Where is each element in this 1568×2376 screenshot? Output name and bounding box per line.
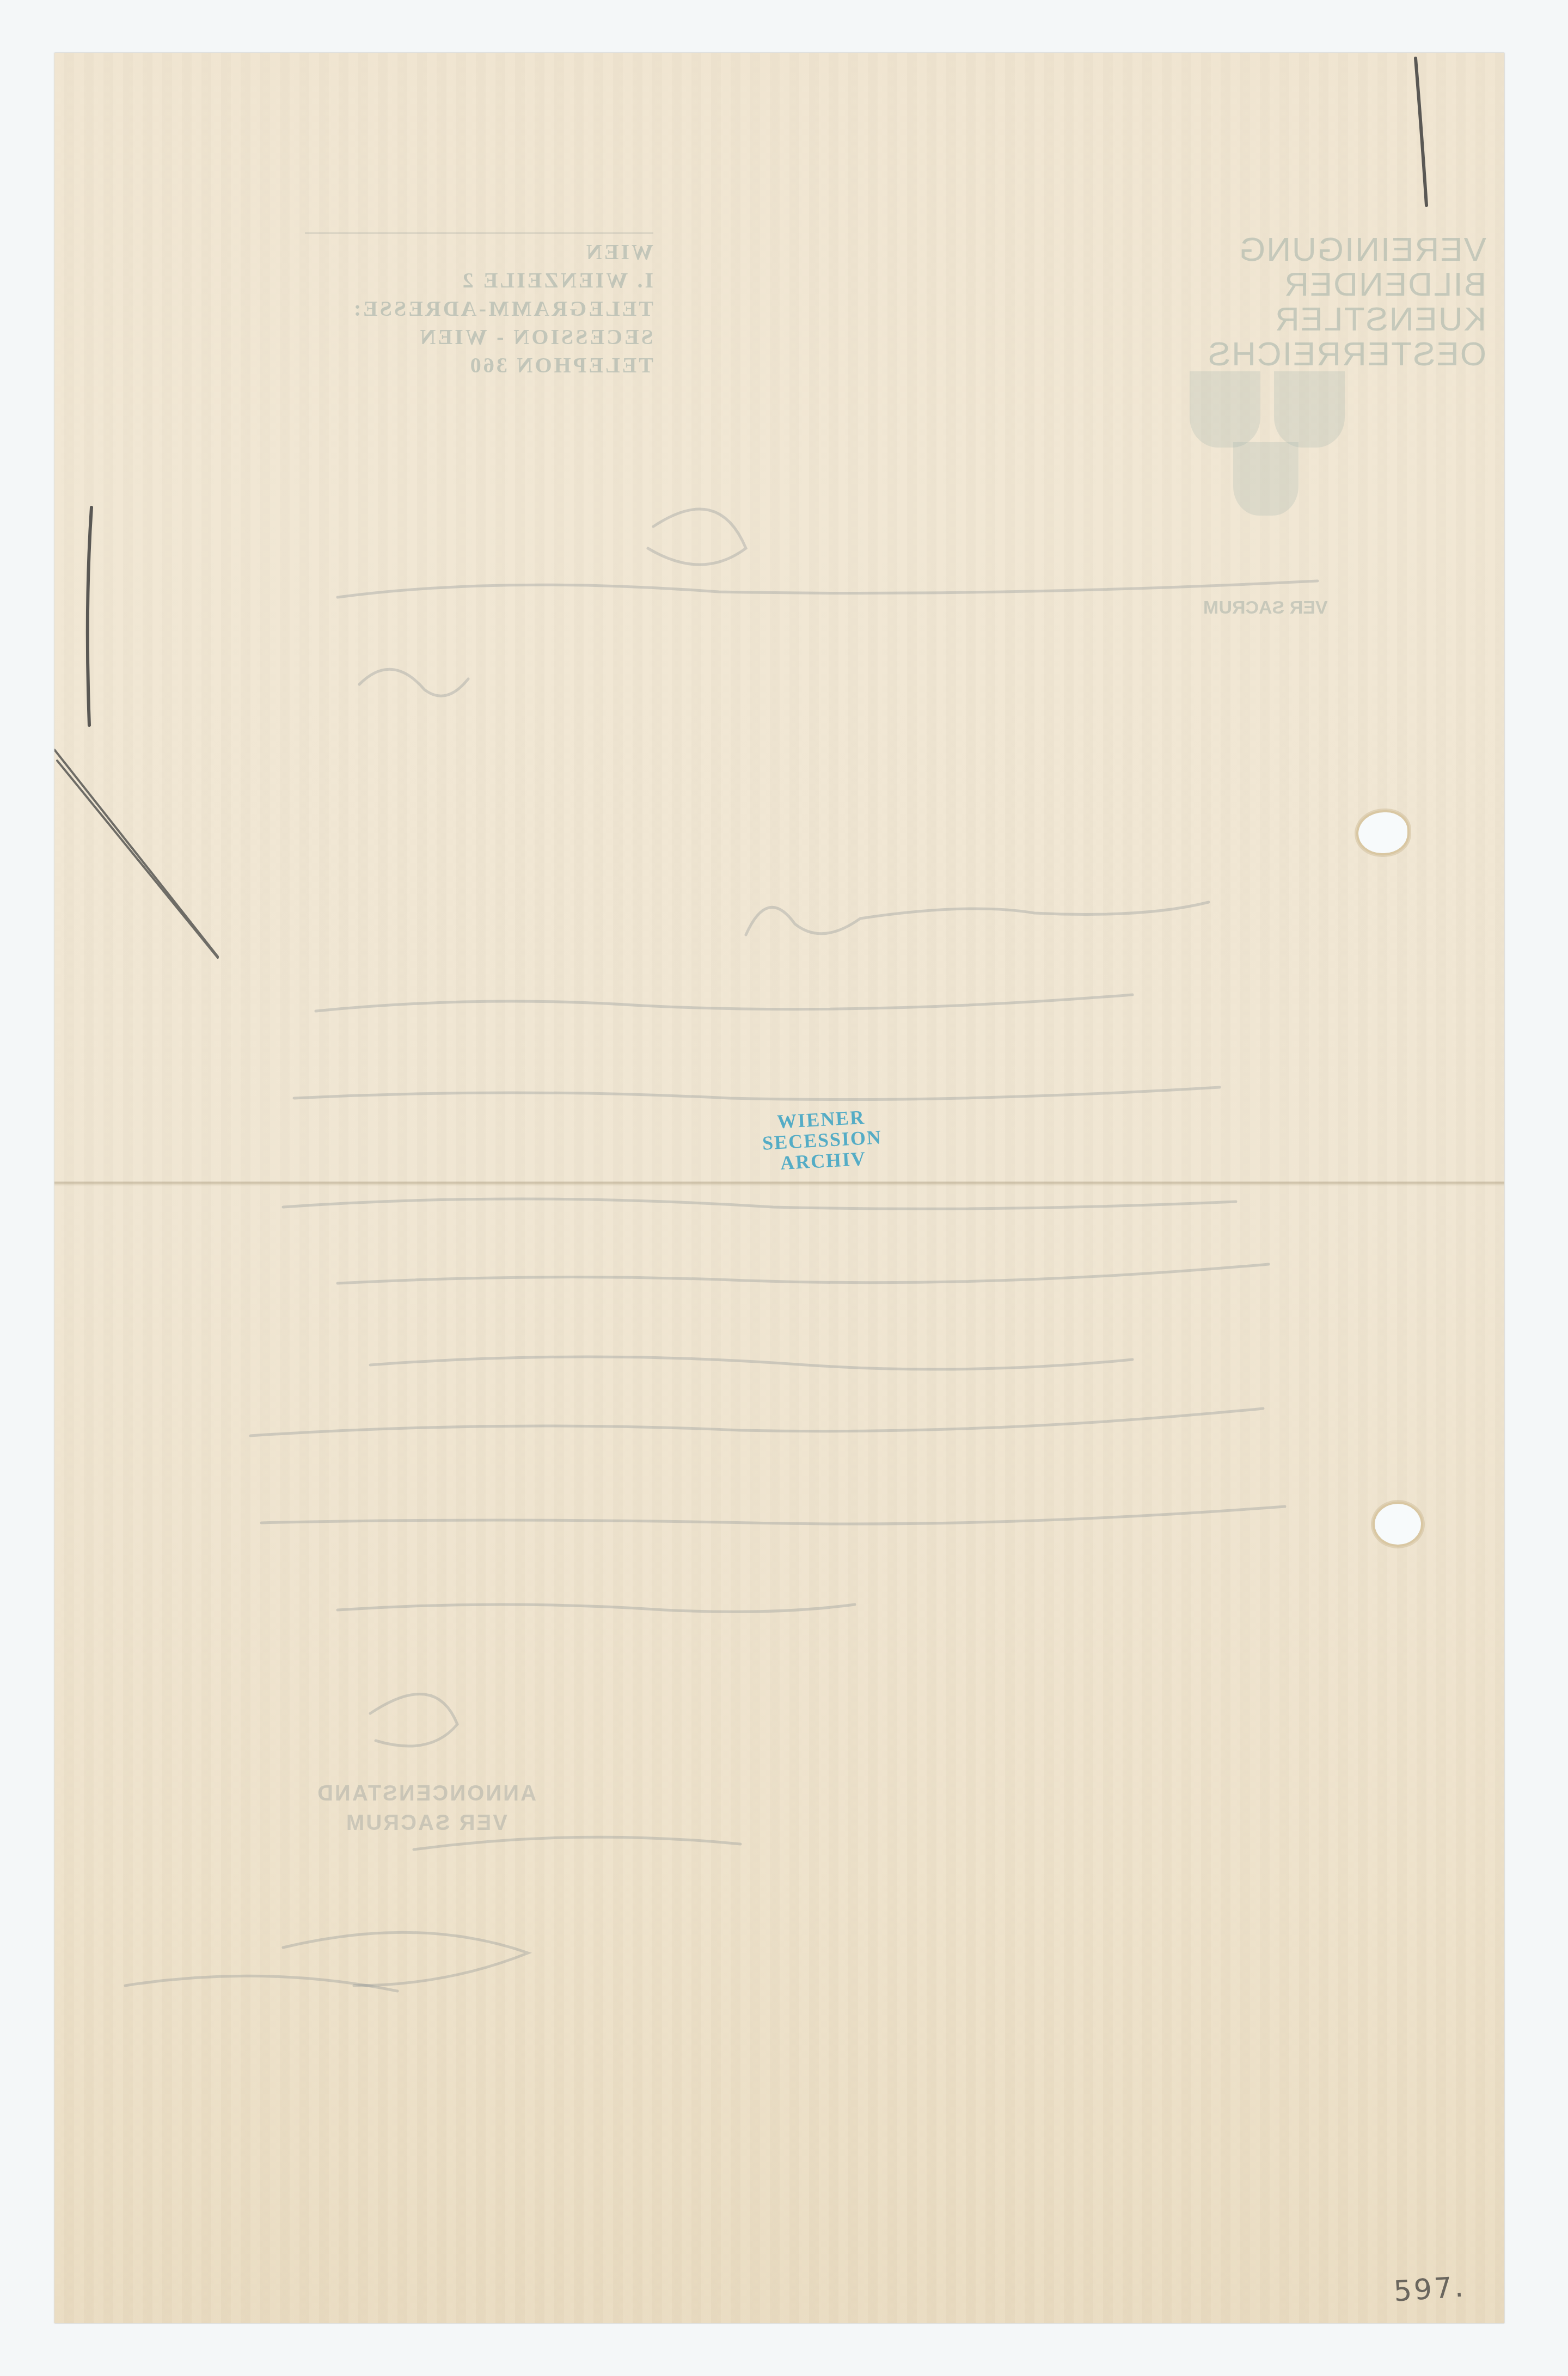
- shield-icon: [1233, 442, 1298, 516]
- address-line: TELEPHON 360: [283, 351, 653, 379]
- archive-stamp: WIENER SECESSION ARCHIV: [758, 1106, 886, 1174]
- pencil-margin-line: [1416, 58, 1426, 205]
- mirrored-signature-stamp: ANNONCENSTAND VER SACRUM: [316, 1779, 536, 1838]
- punch-hole: [1375, 1504, 1421, 1545]
- punch-hole: [1358, 812, 1407, 853]
- address-line: WIEN: [283, 238, 653, 266]
- date-rule: [305, 232, 653, 234]
- shield-icon: [1274, 371, 1345, 448]
- org-line: BILDENDER: [1143, 267, 1486, 302]
- address-line: I. WIENZEILE 2: [283, 266, 653, 295]
- mirrored-letterhead-address: WIEN I. WIENZEILE 2 TELEGRAMM-ADRESSE: S…: [283, 232, 653, 379]
- org-line: KUENSTLER: [1143, 302, 1486, 337]
- folio-number: 597.: [1393, 2270, 1467, 2308]
- address-line: TELEGRAMM-ADRESSE:: [283, 295, 653, 323]
- stamp-line: VER SACRUM: [316, 1808, 536, 1838]
- coat-of-arms-emblem-icon: [1165, 336, 1470, 641]
- org-line: VEREINIGUNG: [1143, 232, 1486, 267]
- stamp-line: ANNONCENSTAND: [316, 1779, 536, 1808]
- fold-crease: [54, 1181, 1504, 1186]
- shield-icon: [1190, 371, 1260, 448]
- mirrored-emblem-label: VER SACRUM: [1203, 597, 1328, 618]
- letter-page: WIEN I. WIENZEILE 2 TELEGRAMM-ADRESSE: S…: [54, 53, 1504, 2323]
- address-line: SECESSION - WIEN: [283, 323, 653, 351]
